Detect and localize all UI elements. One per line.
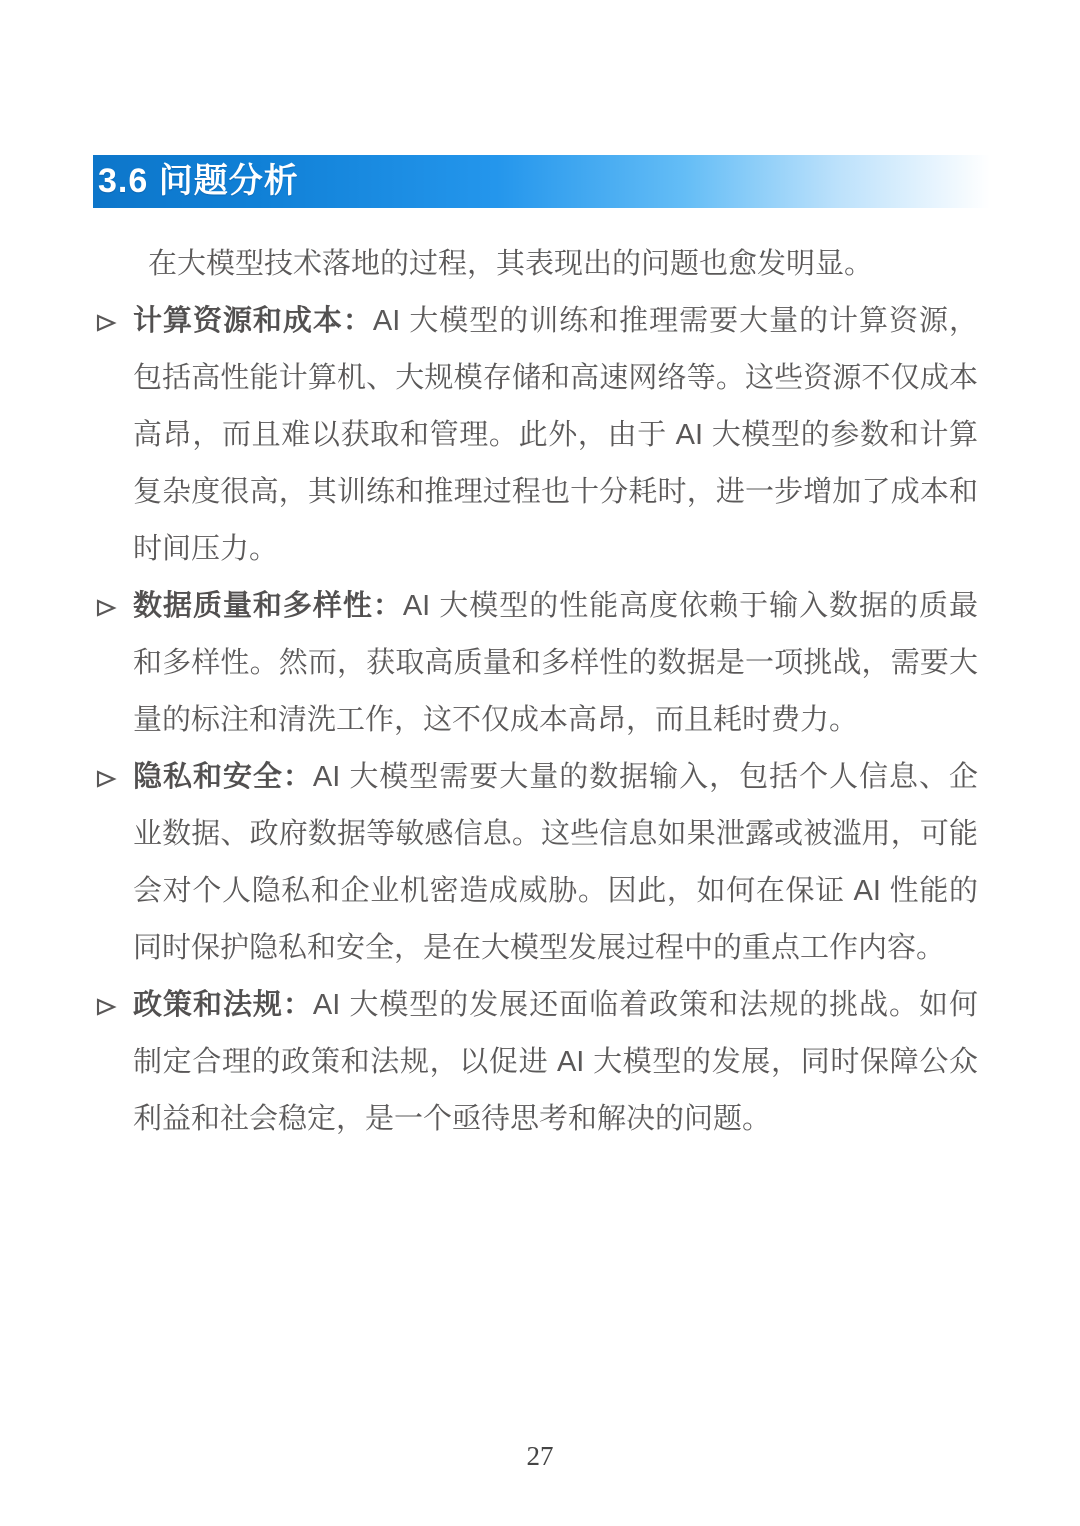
- list-item-head: 政策和法规：: [133, 989, 313, 1021]
- list-item-head: 数据质量和多样性：: [133, 590, 403, 622]
- arrowhead-bullet-icon: [95, 293, 133, 350]
- arrowhead-bullet-icon: [95, 977, 133, 1034]
- page-number: 27: [0, 1441, 1080, 1472]
- section-header-bar: 3.6 问题分析: [93, 155, 990, 208]
- list-item-text: 数据质量和多样性：AI 大模型的性能高度依赖于输入数据的质最和多样性。然而，获取…: [133, 578, 978, 749]
- list-item-text: 计算资源和成本：AI 大模型的训练和推理需要大量的计算资源，包括高性能计算机、大…: [133, 293, 978, 578]
- list-item-body: AI 大模型的训练和推理需要大量的计算资源，包括高性能计算机、大规模存储和高速网…: [133, 305, 978, 565]
- intro-paragraph: 在大模型技术落地的过程，其表现出的问题也愈发明显。: [0, 236, 1080, 293]
- list-item-head: 计算资源和成本：: [133, 305, 373, 337]
- arrowhead-bullet-icon: [95, 749, 133, 806]
- section-title: 3.6 问题分析: [93, 155, 299, 208]
- list-item-head: 隐私和安全：: [133, 761, 313, 793]
- list-item: 数据质量和多样性：AI 大模型的性能高度依赖于输入数据的质最和多样性。然而，获取…: [0, 578, 1080, 749]
- list-item-text: 政策和法规：AI 大模型的发展还面临着政策和法规的挑战。如何制定合理的政策和法规…: [133, 977, 978, 1148]
- list-item: 隐私和安全：AI 大模型需要大量的数据输入，包括个人信息、企业数据、政府数据等敏…: [0, 749, 1080, 977]
- list-item: 计算资源和成本：AI 大模型的训练和推理需要大量的计算资源，包括高性能计算机、大…: [0, 293, 1080, 578]
- arrowhead-bullet-icon: [95, 578, 133, 635]
- list-item-text: 隐私和安全：AI 大模型需要大量的数据输入，包括个人信息、企业数据、政府数据等敏…: [133, 749, 978, 977]
- document-body: 在大模型技术落地的过程，其表现出的问题也愈发明显。 计算资源和成本：AI 大模型…: [0, 236, 1080, 1148]
- list-item: 政策和法规：AI 大模型的发展还面临着政策和法规的挑战。如何制定合理的政策和法规…: [0, 977, 1080, 1148]
